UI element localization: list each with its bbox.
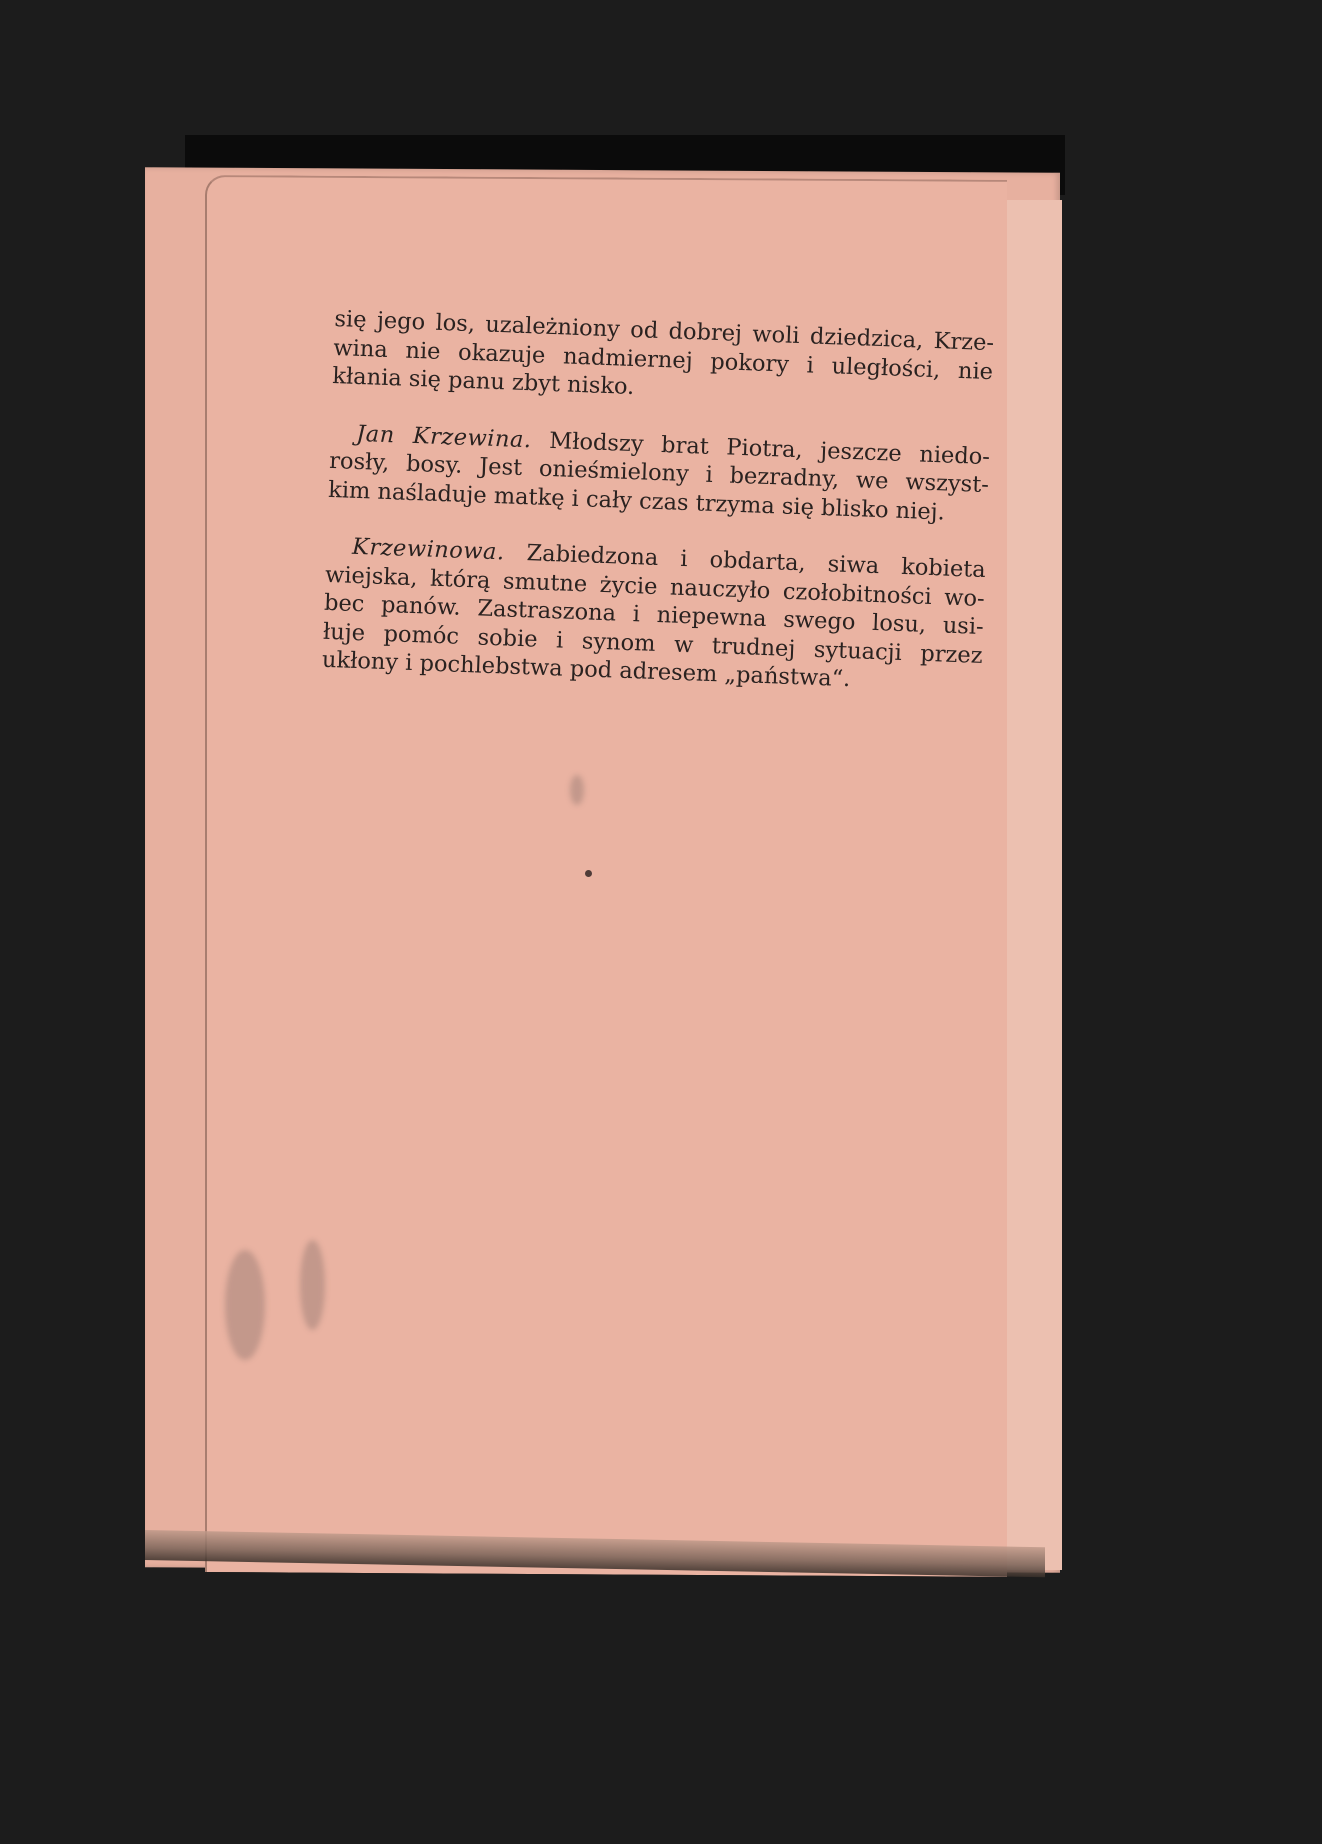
- paper-smudge: [570, 775, 584, 805]
- paper-smudge: [300, 1240, 325, 1330]
- document-body: się jego los, uzależniony od dobrej woli…: [321, 305, 994, 698]
- paragraph-krzewinowa: Krzewinowa. Zabiedzona i obdarta, siwa k…: [321, 532, 986, 699]
- character-name: Krzewinowa.: [352, 534, 505, 566]
- paper-smudge: [225, 1250, 265, 1360]
- paragraph-jan-krzewina: Jan Krzewina. Młodszy brat Piotra, jeszc…: [328, 418, 991, 528]
- book-spine-edge: [1005, 200, 1062, 1570]
- paper-smudge: [585, 870, 592, 877]
